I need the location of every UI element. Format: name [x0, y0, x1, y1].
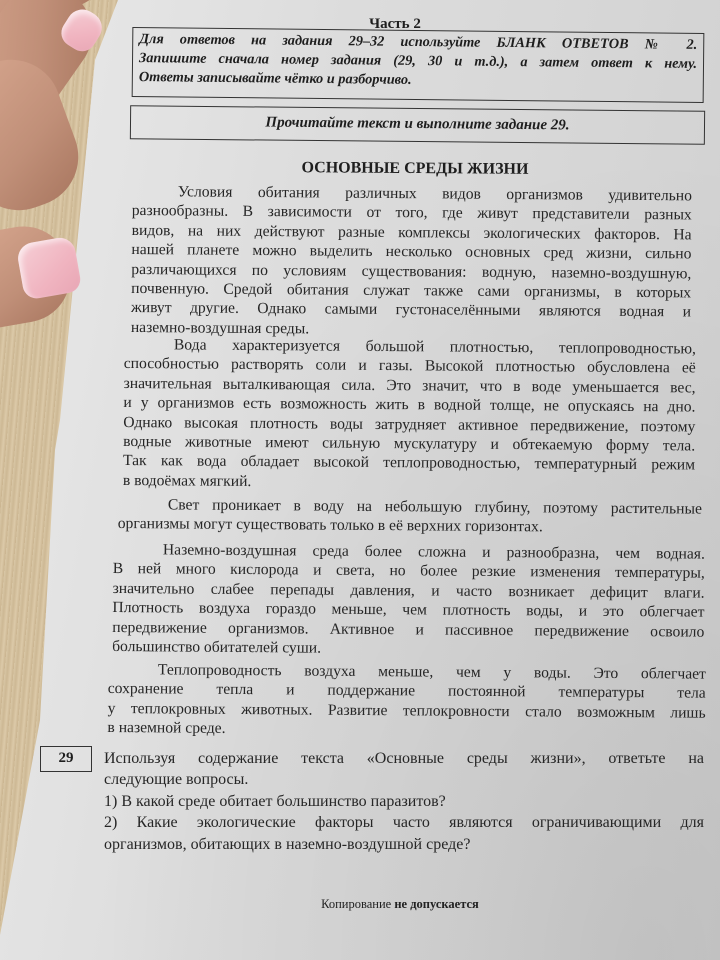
task-29-text: Используя содержание текста «Основные ср… [104, 748, 704, 855]
task-line: Используя содержание текста «Основные ср… [104, 748, 704, 769]
article-paragraph: Наземно-воздушная среда более сложна и р… [112, 540, 705, 661]
task-question-2: 2) Какие экологические факторы часто явл… [104, 812, 704, 833]
task-number-box: 29 [40, 746, 92, 772]
nail-lower [16, 235, 83, 300]
read-prompt-box: Прочитайте текст и выполните задание 29. [130, 105, 705, 145]
article-paragraph: Вода характеризуется большой плотностью,… [123, 335, 696, 495]
task-question-1: 1) В какой среде обитает большинство пар… [104, 791, 704, 812]
article-paragraph: Свет проникает в воду на небольшую глуби… [118, 495, 702, 538]
footer-regular-text: Копирование [321, 897, 394, 911]
footer-bold-text: не допускается [394, 897, 478, 911]
task-line: следующие вопросы. [104, 769, 704, 790]
instructions-box: Для ответов на задания 29–32 используйте… [132, 27, 705, 103]
article-paragraph: Условия обитания различных видов организ… [131, 182, 692, 342]
copyright-notice: Копирование не допускается [260, 897, 540, 912]
task-question-2-continuation: организмов, обитающих в наземно-воздушно… [104, 834, 704, 855]
article-paragraph: Теплопроводность воздуха меньше, чем у в… [107, 660, 706, 742]
